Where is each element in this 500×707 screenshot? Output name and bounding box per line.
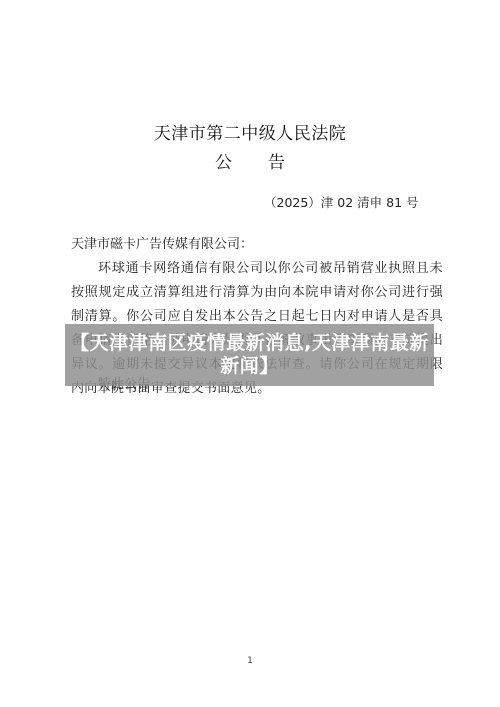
overlay-headline: 【天津津南区疫情最新消息,天津津南最新新闻】: [70, 332, 430, 378]
notice-title-right: 告: [268, 153, 285, 173]
case-number: （2025）津 02 清申 81 号: [264, 193, 419, 211]
court-name: 天津市第二中级人民法院: [0, 119, 500, 144]
document-page: 天津市第二中级人民法院 公告 （2025）津 02 清申 81 号 天津市磁卡广…: [0, 0, 500, 707]
notice-title: 公告: [0, 148, 500, 173]
headline-overlay-banner: 【天津津南区疫情最新消息,天津津南最新新闻】: [65, 324, 434, 386]
addressee: 天津市磁卡广告传媒有限公司：: [71, 233, 443, 257]
page-number: 1: [0, 656, 500, 666]
notice-title-left: 公: [215, 153, 232, 173]
